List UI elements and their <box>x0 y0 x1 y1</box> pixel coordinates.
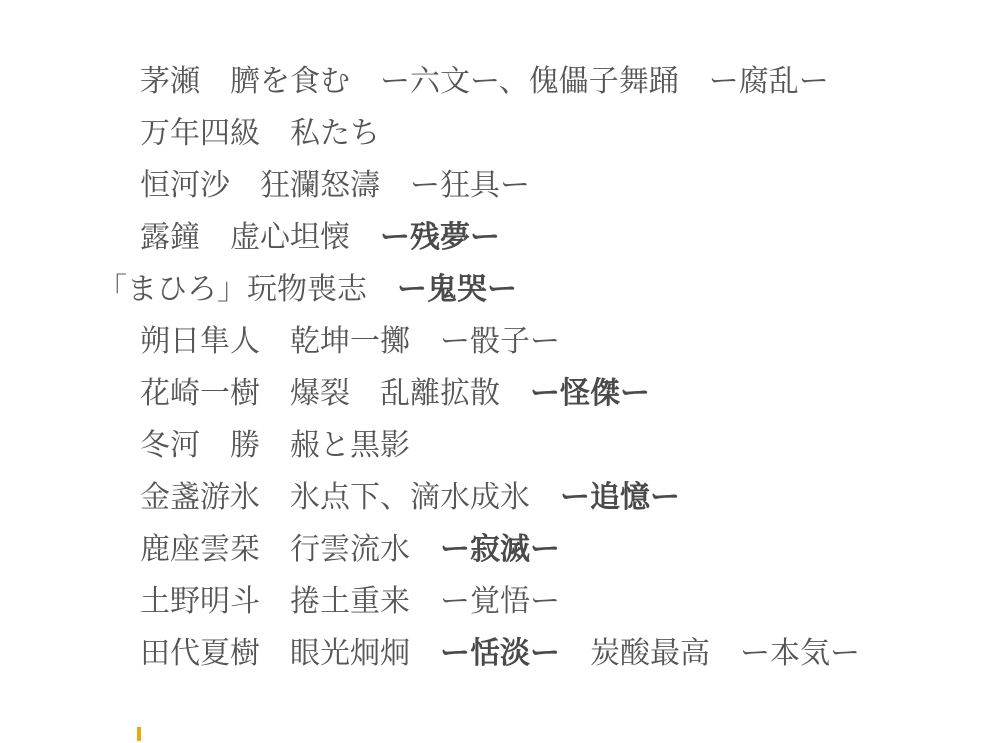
text-line: 朔日隼人 乾坤一擲 ー骰子ー <box>140 316 978 368</box>
text-line: 鹿座雲栞 行雲流水 ー寂滅ー <box>140 524 978 576</box>
text-line: 金盞游氷 氷点下、滴水成氷 ー追憶ー <box>140 472 978 524</box>
text-segment: 金盞游氷 氷点下、滴水成氷 <box>140 481 560 514</box>
text-segment: 土野明斗 捲土重来 ー覚悟ー <box>140 585 560 618</box>
text-line: 花崎一樹 爆裂 乱離拡散 ー怪傑ー <box>140 368 978 420</box>
text-segment: 露鐘 虚心坦懐 <box>140 221 380 254</box>
text-block: 茅瀬 臍を食む ー六文ー、傀儡子舞踊 ー腐乱ー万年四級 私たち恒河沙 狂瀾怒濤 … <box>140 56 978 680</box>
text-segment: 朔日隼人 乾坤一擲 ー骰子ー <box>140 325 560 358</box>
text-line: 万年四級 私たち <box>140 108 978 160</box>
title-segment-bold: ー怪傑ー <box>530 377 650 410</box>
text-line: 「まひろ」玩物喪志 ー鬼哭ー <box>97 264 978 316</box>
title-segment-bold: ー追憶ー <box>560 481 680 514</box>
title-segment-bold: ー残夢ー <box>380 221 500 254</box>
text-segment: 恒河沙 狂瀾怒濤 ー狂具ー <box>140 169 530 202</box>
text-line: 茅瀬 臍を食む ー六文ー、傀儡子舞踊 ー腐乱ー <box>140 56 978 108</box>
text-segment: 茅瀬 臍を食む ー六文ー、傀儡子舞踊 ー腐乱ー <box>140 65 829 98</box>
text-line: 露鐘 虚心坦懐 ー残夢ー <box>140 212 978 264</box>
title-segment-bold: ー鬼哭ー <box>397 273 517 306</box>
text-segment: 花崎一樹 爆裂 乱離拡散 <box>140 377 530 410</box>
document-page: 茅瀬 臍を食む ー六文ー、傀儡子舞踊 ー腐乱ー万年四級 私たち恒河沙 狂瀾怒濤 … <box>0 0 998 743</box>
text-segment: 「まひろ」玩物喪志 <box>97 273 397 306</box>
text-segment: 冬河 勝 赧と黒影 <box>140 429 410 462</box>
text-line: 土野明斗 捲土重来 ー覚悟ー <box>140 576 978 628</box>
text-segment: 鹿座雲栞 行雲流水 <box>140 533 440 566</box>
title-segment-bold: ー恬淡ー <box>440 637 560 670</box>
text-line: 田代夏樹 眼光炯炯 ー恬淡ー 炭酸最高 ー本気ー <box>140 628 978 680</box>
yellow-caret-marker <box>137 727 141 741</box>
text-line: 恒河沙 狂瀾怒濤 ー狂具ー <box>140 160 978 212</box>
text-segment: 万年四級 私たち <box>140 117 380 150</box>
text-segment: 田代夏樹 眼光炯炯 <box>140 637 440 670</box>
text-segment: 炭酸最高 ー本気ー <box>560 637 860 670</box>
title-segment-bold: ー寂滅ー <box>440 533 560 566</box>
text-line: 冬河 勝 赧と黒影 <box>140 420 978 472</box>
